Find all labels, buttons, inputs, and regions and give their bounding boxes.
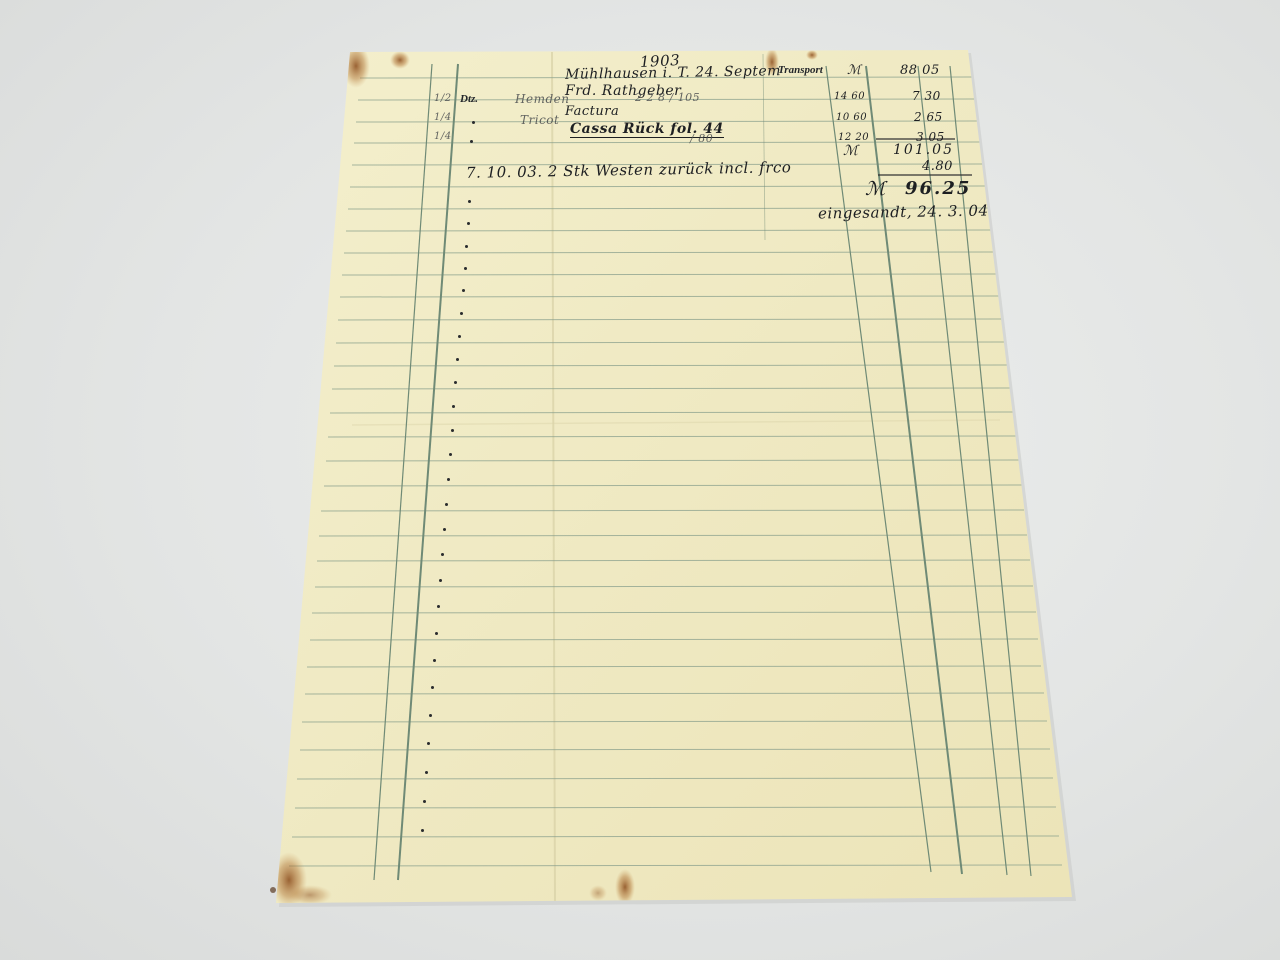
place-date: Mühlhausen i. T. 24. Septem xyxy=(565,64,781,82)
item-1-detail: 2 2 8 / 105 xyxy=(635,92,700,103)
item-2-description: Tricot xyxy=(520,114,559,126)
row-dot xyxy=(468,200,471,203)
printed-unit-label: Dtz. xyxy=(460,94,478,105)
transport-value: 88 05 xyxy=(900,64,940,77)
row-dot xyxy=(429,714,432,717)
row-dot xyxy=(472,121,475,124)
item-2-unit-price: 10 60 xyxy=(836,113,867,123)
rust-stain xyxy=(342,44,370,88)
printed-transport-label: Transport xyxy=(778,65,823,76)
subtotal-currency: ℳ xyxy=(843,144,858,158)
row-dot xyxy=(435,632,438,635)
subtotal-value: 101.05 xyxy=(893,143,954,157)
row-dot xyxy=(437,605,440,608)
row-dot xyxy=(458,335,461,338)
item-1-amount: 7 30 xyxy=(912,90,941,102)
row-dot xyxy=(462,289,465,292)
row-dot xyxy=(421,829,424,832)
quantity-1: 1/2 xyxy=(434,94,452,104)
row-dot xyxy=(465,245,468,248)
row-dot xyxy=(439,579,442,582)
row-dot xyxy=(449,453,452,456)
row-dot xyxy=(456,358,459,361)
row-dot xyxy=(445,503,448,506)
row-dot xyxy=(443,528,446,531)
total-value: 96.25 xyxy=(905,180,971,198)
document-label: Factura xyxy=(565,105,619,118)
row-dot xyxy=(451,429,454,432)
quantity-2: 1/4 xyxy=(434,113,452,123)
row-dot xyxy=(460,312,463,315)
item-1-unit-price: 14 60 xyxy=(834,92,865,102)
deduction-value: 4.80 xyxy=(922,160,953,173)
row-dot xyxy=(452,405,455,408)
row-dot xyxy=(441,553,444,556)
transport-currency: ℳ xyxy=(847,64,861,77)
row-dot xyxy=(433,659,436,662)
row-dot xyxy=(470,140,473,143)
row-dot xyxy=(467,222,470,225)
row-dot xyxy=(427,742,430,745)
row-dot xyxy=(423,800,426,803)
item-2-amount: 2 65 xyxy=(914,111,943,123)
quantity-3: 1/4 xyxy=(434,132,452,142)
ledger-paper-sheet xyxy=(0,0,1280,960)
total-currency: ℳ xyxy=(865,180,886,199)
row-dot xyxy=(454,381,457,384)
item-1-description: Hemden xyxy=(515,93,569,105)
item-3-unit-price: 12 20 xyxy=(838,133,869,143)
row-dot xyxy=(447,478,450,481)
row-dot xyxy=(431,686,434,689)
item-3-detail: / 80 xyxy=(690,133,713,144)
row-dot xyxy=(464,267,467,270)
row-dot xyxy=(425,771,428,774)
paid-note: eingesandt, 24. 3. 04 xyxy=(818,204,989,222)
